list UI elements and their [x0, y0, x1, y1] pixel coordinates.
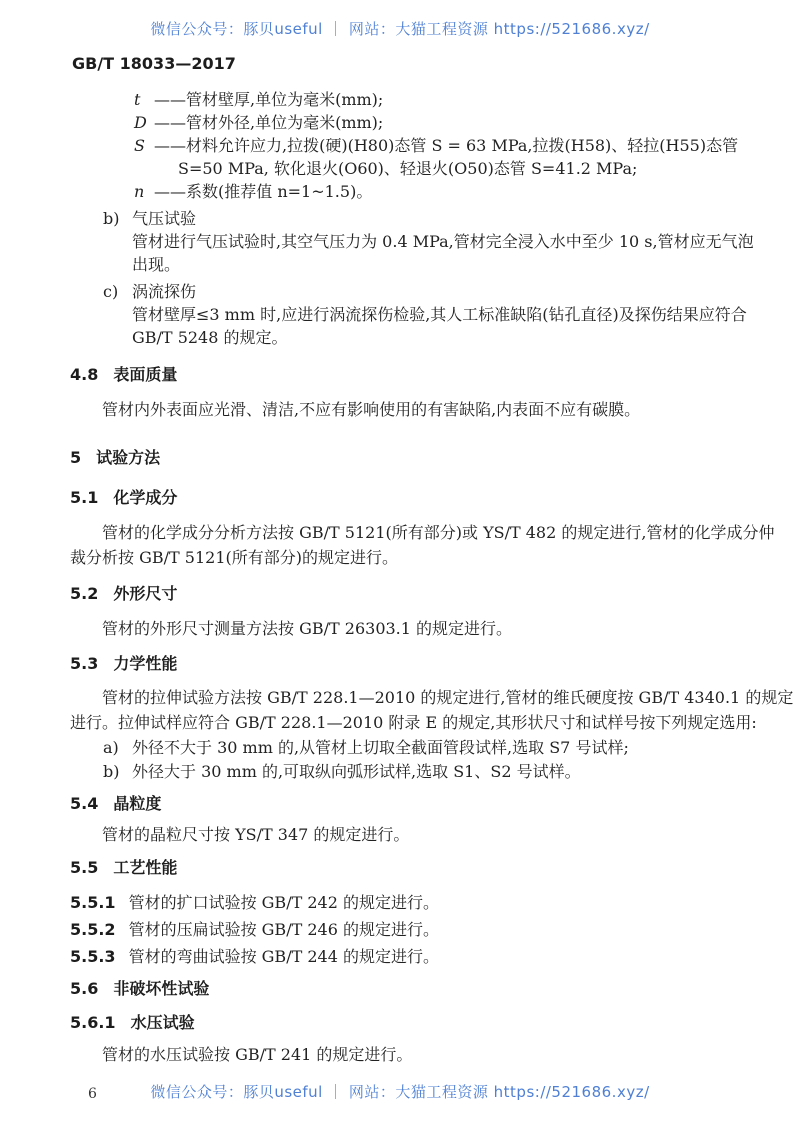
heading-5-4: 5.4晶粒度 [70, 792, 748, 815]
list-item-a-text: 外径不大于 30 mm 的,从管材上切取全截面管段试样,选取 S7 号试样; [132, 738, 629, 757]
heading-5: 5试验方法 [70, 446, 748, 469]
definition-S-line1: S——材料允许应力,拉拨(硬)(H80)态管 S = 63 MPa,拉拨(H58… [134, 134, 748, 157]
list-item-a-specimen: a)外径不大于 30 mm 的,从管材上切取全截面管段试样,选取 S7 号试样; [70, 736, 748, 760]
list-item-b-title: 气压试验 [132, 209, 196, 228]
clause-5-5-1-number: 5.5.1 [70, 893, 116, 912]
list-item-c-head: c)涡流探伤 [70, 280, 748, 303]
clause-5-5-3-number: 5.5.3 [70, 947, 116, 966]
heading-5-2: 5.2外形尺寸 [70, 582, 748, 605]
para-5-3-line2: 进行。拉伸试样应符合 GB/T 228.1—2010 附录 E 的规定,其形状尺… [70, 710, 748, 735]
clause-5-5-1-text: 管材的扩口试验按 GB/T 242 的规定进行。 [129, 893, 439, 912]
para-4-8-text: 管材内外表面应光滑、清洁,不应有影响使用的有害缺陷,内表面不应有碳膜。 [70, 397, 748, 422]
para-5-3: 管材的拉伸试验方法按 GB/T 228.1—2010 的规定进行,管材的维氏硬度… [70, 685, 748, 735]
heading-5-6-number: 5.6 [70, 979, 98, 998]
clause-5-5-2-number: 5.5.2 [70, 920, 116, 939]
list-item-c-line2: GB/T 5248 的规定。 [132, 326, 748, 349]
heading-5-6: 5.6非破坏性试验 [70, 977, 748, 1000]
para-4-8: 管材内外表面应光滑、清洁,不应有影响使用的有害缺陷,内表面不应有碳膜。 [70, 397, 748, 422]
list-item-c-line1: 管材壁厚≤3 mm 时,应进行涡流探伤检验,其人工标准缺陷(钻孔直径)及探伤结果… [132, 303, 748, 326]
heading-5-2-title: 外形尺寸 [113, 584, 177, 603]
list-item-c-label: c) [103, 280, 132, 303]
heading-5-5-title: 工艺性能 [113, 858, 177, 877]
heading-4-8: 4.8表面质量 [70, 363, 748, 386]
heading-5-4-title: 晶粒度 [113, 794, 161, 813]
heading-5-number: 5 [70, 448, 81, 467]
clause-5-5-2: 5.5.2管材的压扁试验按 GB/T 246 的规定进行。 [70, 916, 748, 943]
list-5-3: a)外径不大于 30 mm 的,从管材上切取全截面管段试样,选取 S7 号试样;… [70, 736, 748, 784]
definition-t: t——管材壁厚,单位为毫米(mm); [134, 88, 748, 111]
standard-number: GB/T 18033—2017 [72, 54, 236, 73]
heading-5-6-title: 非破坏性试验 [113, 979, 209, 998]
page-content: t——管材壁厚,单位为毫米(mm); D——管材外径,单位为毫米(mm); S—… [70, 88, 748, 1067]
symbol-D: D [134, 111, 154, 134]
definition-S: S——材料允许应力,拉拨(硬)(H80)态管 S = 63 MPa,拉拨(H58… [134, 134, 748, 180]
para-5-3-line1: 管材的拉伸试验方法按 GB/T 228.1—2010 的规定进行,管材的维氏硬度… [70, 685, 748, 710]
para-5-1-line2: 裁分析按 GB/T 5121(所有部分)的规定进行。 [70, 545, 748, 570]
footer-watermark: 微信公众号：豚贝useful ｜ 网站：大猫工程资源 https://52168… [0, 1081, 800, 1102]
heading-5-3-number: 5.3 [70, 654, 98, 673]
definition-n-text: ——系数(推荐值 n=1~1.5)。 [154, 182, 372, 201]
list-item-a-label: a) [103, 736, 132, 760]
list-item-b-specimen: b)外径大于 30 mm 的,可取纵向弧形试样,选取 S1、S2 号试样。 [70, 760, 748, 784]
symbol-definition-list: t——管材壁厚,单位为毫米(mm); D——管材外径,单位为毫米(mm); S—… [70, 88, 748, 203]
definition-D: D——管材外径,单位为毫米(mm); [134, 111, 748, 134]
clause-5-5-3-text: 管材的弯曲试验按 GB/T 244 的规定进行。 [129, 947, 439, 966]
para-5-6-1: 管材的水压试验按 GB/T 241 的规定进行。 [70, 1042, 748, 1067]
symbol-t: t [134, 88, 154, 111]
definition-S-line2: S=50 MPa, 软化退火(O60)、轻退火(O50)态管 S=41.2 MP… [178, 157, 748, 180]
heading-5-6-1-number: 5.6.1 [70, 1013, 116, 1032]
definition-n: n——系数(推荐值 n=1~1.5)。 [134, 180, 748, 203]
list-item-c-eddy-current-test: c)涡流探伤 管材壁厚≤3 mm 时,应进行涡流探伤检验,其人工标准缺陷(钻孔直… [70, 280, 748, 349]
heading-5-3-title: 力学性能 [113, 654, 177, 673]
clause-5-5-3: 5.5.3管材的弯曲试验按 GB/T 244 的规定进行。 [70, 943, 748, 970]
symbol-S: S [134, 134, 154, 157]
list-item-b-label: b) [103, 207, 132, 230]
para-5-2: 管材的外形尺寸测量方法按 GB/T 26303.1 的规定进行。 [70, 616, 748, 641]
clause-5-5-2-text: 管材的压扁试验按 GB/T 246 的规定进行。 [129, 920, 439, 939]
heading-5-title: 试验方法 [96, 448, 160, 467]
clause-5-5-1: 5.5.1管材的扩口试验按 GB/T 242 的规定进行。 [70, 889, 748, 916]
heading-5-6-1-title: 水压试验 [131, 1013, 195, 1032]
para-5-6-1-text: 管材的水压试验按 GB/T 241 的规定进行。 [70, 1042, 748, 1067]
document-page: 微信公众号：豚贝useful ｜ 网站：大猫工程资源 https://52168… [0, 0, 800, 1131]
list-item-b-line1: 管材进行气压试验时,其空气压力为 0.4 MPa,管材完全浸入水中至少 10 s… [132, 230, 748, 253]
definition-t-text: ——管材壁厚,单位为毫米(mm); [154, 90, 383, 109]
symbol-n: n [134, 180, 154, 203]
heading-5-3: 5.3力学性能 [70, 652, 748, 675]
heading-5-6-1: 5.6.1水压试验 [70, 1011, 748, 1034]
para-5-1: 管材的化学成分分析方法按 GB/T 5121(所有部分)或 YS/T 482 的… [70, 520, 748, 570]
para-5-4: 管材的晶粒尺寸按 YS/T 347 的规定进行。 [70, 822, 748, 847]
para-5-2-text: 管材的外形尺寸测量方法按 GB/T 26303.1 的规定进行。 [70, 616, 748, 641]
definition-D-text: ——管材外径,单位为毫米(mm); [154, 113, 383, 132]
heading-5-4-number: 5.4 [70, 794, 98, 813]
heading-5-2-number: 5.2 [70, 584, 98, 603]
list-item-b-line2: 出现。 [132, 253, 748, 276]
header-watermark: 微信公众号：豚贝useful ｜ 网站：大猫工程资源 https://52168… [0, 18, 800, 39]
list-item-b-head: b)气压试验 [70, 207, 748, 230]
heading-5-1-title: 化学成分 [113, 488, 177, 507]
list-item-b2-text: 外径大于 30 mm 的,可取纵向弧形试样,选取 S1、S2 号试样。 [132, 762, 581, 781]
heading-4-8-title: 表面质量 [113, 365, 177, 384]
para-5-4-text: 管材的晶粒尺寸按 YS/T 347 的规定进行。 [70, 822, 748, 847]
list-item-b2-label: b) [103, 760, 132, 784]
heading-4-8-number: 4.8 [70, 365, 98, 384]
heading-5-5-number: 5.5 [70, 858, 98, 877]
list-item-c-title: 涡流探伤 [132, 282, 196, 301]
para-5-1-line1: 管材的化学成分分析方法按 GB/T 5121(所有部分)或 YS/T 482 的… [70, 520, 748, 545]
heading-5-1: 5.1化学成分 [70, 486, 748, 509]
heading-5-1-number: 5.1 [70, 488, 98, 507]
heading-5-5: 5.5工艺性能 [70, 856, 748, 879]
list-item-b-air-pressure-test: b)气压试验 管材进行气压试验时,其空气压力为 0.4 MPa,管材完全浸入水中… [70, 207, 748, 276]
